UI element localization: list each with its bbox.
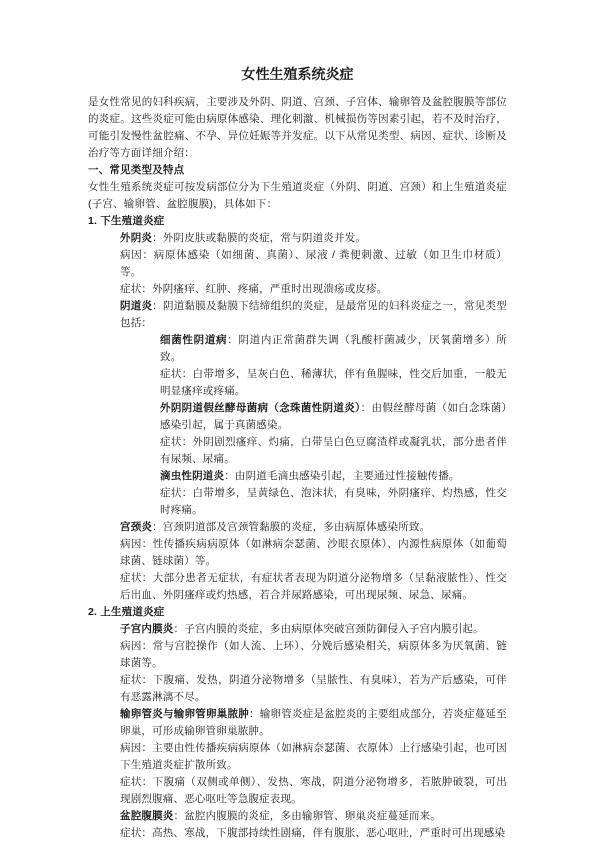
paragraph: 病因：性传播疾病病原体（如淋病奈瑟菌、沙眼衣原体）、内源性病原体（如葡萄球菌、链… [120, 536, 507, 570]
paragraph: 症状：外阴剧烈瘙痒、灼痛，白带呈白色豆腐渣样或凝乳状，部分患者伴有尿频、尿痛。 [160, 434, 507, 468]
paragraph: 细菌性阴道病：阴道内正常菌群失调（乳酸杆菌减少，厌氧菌增多）所致。 [160, 332, 507, 366]
body-text: ：阴道黏膜及黏膜下结缔组织的炎症，是最常见的妇科炎症之一，常见类型包括： [120, 300, 507, 329]
body-text: ：外阴皮肤或黏膜的炎症，常与阴道炎并发。 [152, 232, 366, 244]
paragraph: 女性生殖系统炎症可按发病部位分为下生殖道炎症（外阴、阴道、宫颈）和上生殖道炎症(… [88, 179, 507, 213]
page-title: 女性生殖系统炎症 [88, 63, 507, 85]
term-label: 2. 上生殖道炎症 [88, 606, 164, 618]
paragraph: 症状：白带增多，呈灰白色、稀薄状，伴有鱼腥味，性交后加重，一般无明显瘙痒或疼痛。 [160, 366, 507, 400]
term-label: 细菌性阴道病 [160, 334, 227, 346]
paragraph: 症状：高热、寒战，下腹部持续性剧痛，伴有腹胀、恶心呕吐，严重时可出现感染 [120, 825, 507, 841]
body-text: 症状：下腹痛（双侧或单侧）、发热、寒战，阴道分泌物增多，若脓肿破裂，可出现剧烈腹… [120, 776, 507, 805]
paragraph: 症状：大部分患者无症状，有症状者表现为阴道分泌物增多（呈黏液脓性）、性交后出血、… [120, 570, 507, 604]
body-text: ：由阴道毛滴虫感染引起，主要通过性接触传播。 [224, 470, 459, 482]
body-text: 是女性常见的妇科疾病，主要涉及外阴、阴道、宫颈、子宫体、输卵管及盆腔腹膜等部位的… [88, 96, 507, 159]
term-label: 盆腔腹膜炎 [120, 810, 174, 822]
body-text: 症状：外阴瘙痒、红肿、疼痛，严重时出现溃疡或皮疹。 [120, 283, 388, 295]
body-text: 症状：大部分患者无症状，有症状者表现为阴道分泌物增多（呈黏液脓性）、性交后出血、… [120, 572, 507, 601]
section-heading: 一、常见类型及特点 [88, 162, 507, 179]
document-body: 是女性常见的妇科疾病，主要涉及外阴、阴道、宫颈、子宫体、输卵管及盆腔腹膜等部位的… [88, 94, 507, 841]
body-text: ：宫颈阴道部及宫颈管黏膜的炎症，多由病原体感染所致。 [152, 521, 430, 533]
term-label: 1. 下生殖道炎症 [88, 215, 164, 227]
document-content: 女性生殖系统炎症 是女性常见的妇科疾病，主要涉及外阴、阴道、宫颈、子宫体、输卵管… [0, 0, 595, 841]
paragraph: 外阴炎：外阴皮肤或黏膜的炎症，常与阴道炎并发。 [120, 230, 507, 247]
body-text: ：盆腔内腹膜的炎症，多由输卵管、卵巢炎症蔓延而来。 [174, 810, 442, 822]
numbered-list-item: 1. 下生殖道炎症 [88, 213, 507, 230]
paragraph: 滴虫性阴道炎：由阴道毛滴虫感染引起，主要通过性接触传播。 [160, 468, 507, 485]
paragraph: 阴道炎：阴道黏膜及黏膜下结缔组织的炎症，是最常见的妇科炎症之一，常见类型包括： [120, 298, 507, 332]
numbered-list-item: 2. 上生殖道炎症 [88, 604, 507, 621]
body-text: 症状：下腹痛、发热，阴道分泌物增多（呈脓性、有臭味），若为产后感染，可伴有恶露淋… [120, 674, 507, 703]
document-page: 女性生殖系统炎症 是女性常见的妇科疾病，主要涉及外阴、阴道、宫颈、子宫体、输卵管… [0, 0, 595, 841]
body-text: 病因：主要由性传播疾病病原体（如淋病奈瑟菌、衣原体）上行感染引起，也可因下生殖道… [120, 742, 507, 771]
body-text: 病因：性传播疾病病原体（如淋病奈瑟菌、沙眼衣原体）、内源性病原体（如葡萄球菌、链… [120, 538, 507, 567]
paragraph: 病因：主要由性传播疾病病原体（如淋病奈瑟菌、衣原体）上行感染引起，也可因下生殖道… [120, 740, 507, 774]
term-label: 一、常见类型及特点 [88, 164, 184, 176]
term-label: 输卵管炎与输卵管卵巢脓肿 [120, 708, 249, 720]
paragraph: 盆腔腹膜炎：盆腔内腹膜的炎症，多由输卵管、卵巢炎症蔓延而来。 [120, 808, 507, 825]
paragraph: 症状：下腹痛、发热，阴道分泌物增多（呈脓性、有臭味），若为产后感染，可伴有恶露淋… [120, 672, 507, 706]
term-label: 宫颈炎 [120, 521, 152, 533]
body-text: 症状：白带增多，呈黄绿色、泡沫状，有臭味，外阴瘙痒、灼热感，性交时疼痛。 [160, 487, 507, 516]
paragraph: 症状：下腹痛（双侧或单侧）、发热、寒战，阴道分泌物增多，若脓肿破裂，可出现剧烈腹… [120, 774, 507, 808]
paragraph: 外阴阴道假丝酵母菌病（念珠菌性阴道炎）：由假丝酵母菌（如白念珠菌）感染引起，属于… [160, 400, 507, 434]
body-text: 症状：外阴剧烈瘙痒、灼痛，白带呈白色豆腐渣样或凝乳状，部分患者伴有尿频、尿痛。 [160, 436, 507, 465]
term-label: 阴道炎 [120, 300, 152, 312]
body-text: 症状：白带增多，呈灰白色、稀薄状，伴有鱼腥味，性交后加重，一般无明显瘙痒或疼痛。 [160, 368, 507, 397]
term-label: 子宫内膜炎 [120, 623, 174, 635]
term-label: 滴虫性阴道炎 [160, 470, 224, 482]
paragraph: 是女性常见的妇科疾病，主要涉及外阴、阴道、宫颈、子宫体、输卵管及盆腔腹膜等部位的… [88, 94, 507, 162]
paragraph: 症状：白带增多，呈黄绿色、泡沫状，有臭味，外阴瘙痒、灼热感，性交时疼痛。 [160, 485, 507, 519]
term-label: 外阴炎 [120, 232, 152, 244]
body-text: 病因：常与宫腔操作（如人流、上环）、分娩后感染相关，病原体多为厌氧菌、链球菌等。 [120, 640, 507, 669]
paragraph: 病因：常与宫腔操作（如人流、上环）、分娩后感染相关，病原体多为厌氧菌、链球菌等。 [120, 638, 507, 672]
body-text: 症状：高热、寒战，下腹部持续性剧痛，伴有腹胀、恶心呕吐，严重时可出现感染 [120, 827, 505, 839]
body-text: 病因：病原体感染（如细菌、真菌）、尿液 / 粪便刺激、过敏（如卫生巾材质）等。 [120, 249, 507, 278]
paragraph: 子宫内膜炎：子宫内膜的炎症，多由病原体突破宫颈防御侵入子宫内膜引起。 [120, 621, 507, 638]
term-label: 外阴阴道假丝酵母菌病（念珠菌性阴道炎） [160, 402, 361, 414]
body-text: 女性生殖系统炎症可按发病部位分为下生殖道炎症（外阴、阴道、宫颈）和上生殖道炎症(… [88, 181, 507, 210]
body-text: ：子宫内膜的炎症，多由病原体突破宫颈防御侵入子宫内膜引起。 [174, 623, 484, 635]
paragraph: 宫颈炎：宫颈阴道部及宫颈管黏膜的炎症，多由病原体感染所致。 [120, 519, 507, 536]
paragraph: 输卵管炎与输卵管卵巢脓肿：输卵管炎症是盆腔炎的主要组成部分，若炎症蔓延至卵巢，可… [120, 706, 507, 740]
paragraph: 症状：外阴瘙痒、红肿、疼痛，严重时出现溃疡或皮疹。 [120, 281, 507, 298]
paragraph: 病因：病原体感染（如细菌、真菌）、尿液 / 粪便刺激、过敏（如卫生巾材质）等。 [120, 247, 507, 281]
